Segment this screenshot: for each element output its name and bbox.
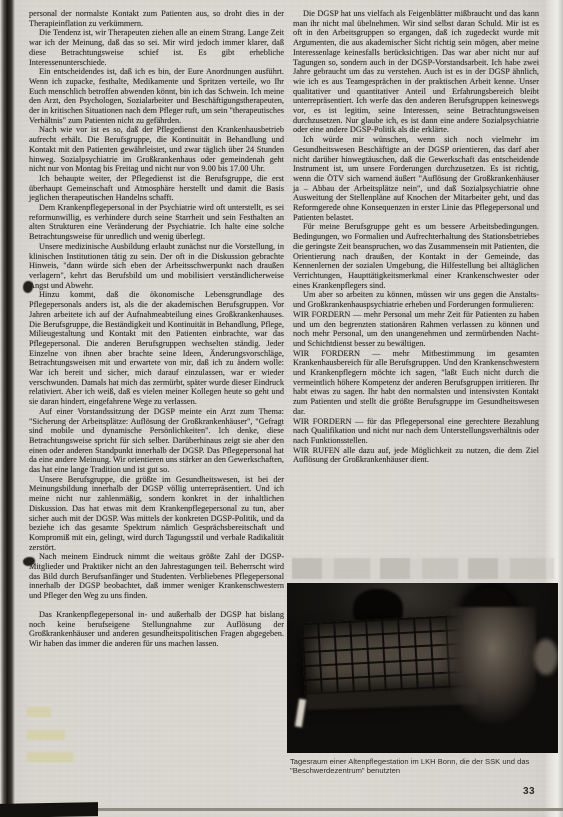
paragraph: WIR RUFEN alle dazu auf, jede Möglichkei…: [293, 446, 539, 465]
text-column-left: personal der normalste Kontakt zum Patie…: [29, 9, 284, 649]
photo-caption: Tagesraum einer Altenpflegestation im LK…: [290, 757, 548, 776]
scan-bottom-wedge: [0, 802, 98, 817]
paragraph: Die DGSP hat uns vielfach als Feigenblät…: [293, 9, 539, 135]
paragraph: Ein entscheidendes ist, daß ich es bin, …: [29, 67, 284, 125]
paragraph: Auf einer Vorstandssitzung der DGSP mein…: [29, 407, 284, 475]
paragraph: Ich würde mir wünschen, wenn sich noch v…: [293, 135, 539, 222]
highlight-mark: [27, 707, 51, 717]
paragraph: Nach wie vor ist es so, daß der Pflegedi…: [29, 125, 284, 174]
photo-face-far-right: [534, 639, 558, 675]
paragraph: Nach meinem Eindruck nimmt die weitaus g…: [29, 552, 284, 601]
paragraph: Ich behaupte weiter, der Pflegedienst is…: [29, 174, 284, 203]
paragraph: Die Tendenz ist, wir Therapeuten ziehen …: [29, 28, 284, 67]
paragraph: personal der normalste Kontakt zum Patie…: [29, 9, 284, 28]
paragraph: Um aber so arbeiten zu können, müssen wi…: [293, 290, 539, 309]
paragraph: Unsere Berufsgruppe, die größte im Gesun…: [29, 475, 284, 553]
scan-ghost-band: [292, 558, 554, 579]
paragraph: WIR FORDERN — mehr Personal um mehr Zeit…: [293, 310, 539, 349]
paragraph: Unsere medizinische Ausbildung erlaubt z…: [29, 242, 284, 291]
photo-dayroom: [287, 583, 558, 753]
paragraph: Dem Krankenpflegepersonal in der Psychia…: [29, 203, 284, 242]
scanned-magazine-page: { "page": { "number": "33" }, "colors": …: [0, 0, 563, 817]
highlight-mark: [27, 752, 73, 762]
paragraph: Für meine Berufsgruppe geht es um besser…: [293, 222, 539, 290]
paragraph: WIR FORDERN — für das Pflegepersonal ein…: [293, 417, 539, 446]
text-column-right: Die DGSP hat uns vielfach als Feigenblät…: [293, 9, 539, 465]
highlight-mark: [27, 730, 65, 740]
paragraph: WIR FORDERN — mehr Mitbestimmung im gesa…: [293, 349, 539, 417]
binding-shadow: [1, 0, 15, 806]
paragraph: Hinzu kommt, daß die ökonomische Lebensg…: [29, 290, 284, 406]
paragraph: Das Krankenpflegepersonal in- und außerh…: [29, 610, 284, 649]
page-number: 33: [523, 786, 535, 797]
